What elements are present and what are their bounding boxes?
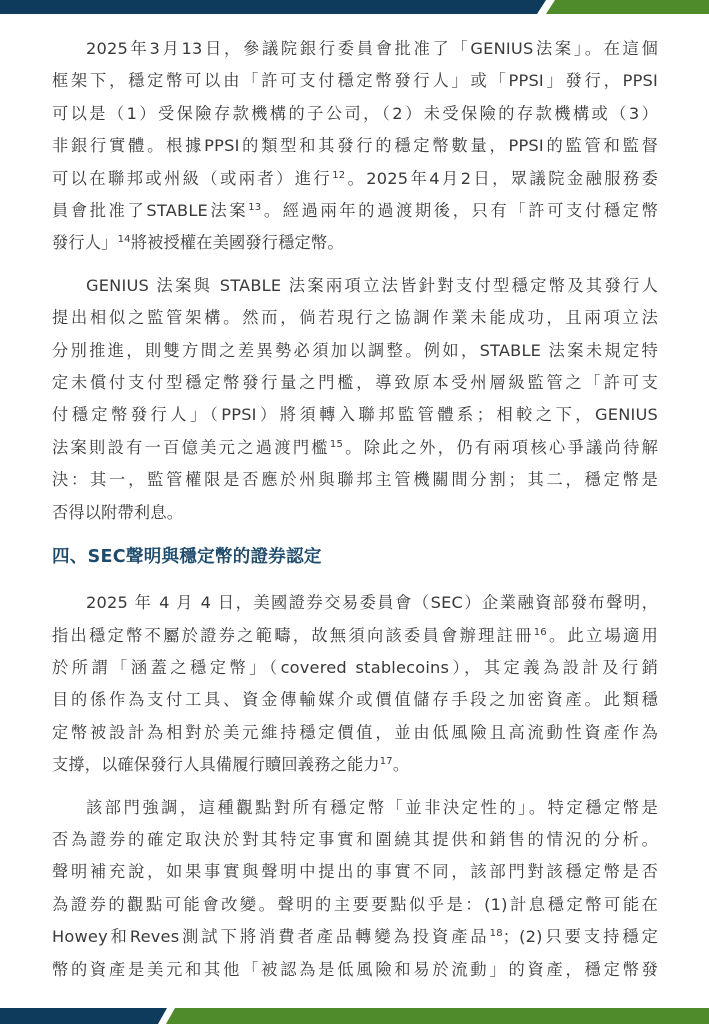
text-line: GENIUS 法案與 STABLE 法案兩項立法皆針對支付型穩定幣及其發行人	[52, 270, 658, 302]
paragraph-regulatory-comparison: GENIUS 法案與 STABLE 法案兩項立法皆針對支付型穩定幣及其發行人 提…	[52, 270, 658, 529]
document-body: 2025年3月13日，參議院銀行委員會批准了「GENIUS法案」。在這個 框架下…	[52, 33, 658, 996]
section-heading: 四、SEC聲明與穩定幣的證券認定	[52, 543, 658, 571]
text-line: 發行人」14將被授權在美國發行穩定幣。	[52, 227, 658, 259]
text-line: 幣的資產是美元和其他「被認為是低風險和易於流動」的資產，穩定幣發	[52, 954, 658, 986]
footnote-ref[interactable]: 16	[534, 627, 547, 638]
text-line: 框架下，穩定幣可以由「許可支付穩定幣發行人」或「PPSI」發行，PPSI	[52, 65, 658, 97]
text-line: 員會批准了STABLE法案13。經過兩年的過渡期後，只有「許可支付穩定幣	[52, 195, 658, 227]
text-line: 可以是（1）受保險存款機構的子公司，（2）未受保險的存款機構或（3）	[52, 98, 658, 130]
footnote-ref[interactable]: 17	[380, 756, 393, 767]
text-line: 定未償付支付型穩定幣發行量之門檻，導致原本受州層級監管之「許可支	[52, 367, 658, 399]
text-line: 決：其一，監管權限是否應於州與聯邦主管機關間分割；其二，穩定幣是	[52, 464, 658, 496]
footnote-ref[interactable]: 14	[118, 234, 131, 245]
text-line: 聲明補充說，如果事實與聲明中提出的事實不同，該部門對該穩定幣是否	[52, 856, 658, 888]
paragraph-sec-statement: 2025 年 4 月 4 日，美國證券交易委員會（SEC）企業融資部發布聲明， …	[52, 587, 658, 781]
text-line: 法案則設有一百億美元之過渡門檻15。除此之外，仍有兩項核心爭議尚待解	[52, 432, 658, 464]
text-line: 提出相似之監管架構。然而，倘若現行之協調作業未能成功，且兩項立法	[52, 302, 658, 334]
paragraph-genius-stable-intro: 2025年3月13日，參議院銀行委員會批准了「GENIUS法案」。在這個 框架下…	[52, 33, 658, 260]
header-decorative-bar	[0, 0, 709, 14]
footnote-ref[interactable]: 18	[490, 928, 503, 939]
text-line: 於所謂「涵蓋之穩定幣」（covered stablecoins），其定義為設計及…	[52, 652, 658, 684]
text-line: 目的係作為支付工具、資金傳輸媒介或價值儲存手段之加密資產。此類穩	[52, 684, 658, 716]
paragraph-sec-emphasis: 該部門強調，這種觀點對所有穩定幣「並非決定性的」。特定穩定幣是 否為證券的確定取…	[52, 792, 658, 986]
text-line: 否得以附帶利息。	[52, 497, 658, 529]
text-line: 為證券的觀點可能會改變。聲明的主要要點似乎是：(1)計息穩定幣可能在	[52, 889, 658, 921]
footer-decorative-bar	[0, 1008, 709, 1024]
text-line: 非銀行實體。根據PPSI的類型和其發行的穩定幣數量，PPSI的監管和監督	[52, 130, 658, 162]
text-line: 指出穩定幣不屬於證券之範疇，故無須向該委員會辦理註冊16。此立場適用	[52, 620, 658, 652]
text-line: 支撐，以確保發行人具備履行贖回義務之能力17。	[52, 749, 658, 781]
footnote-ref[interactable]: 15	[330, 439, 343, 450]
text-line: 2025年3月13日，參議院銀行委員會批准了「GENIUS法案」。在這個	[52, 33, 658, 65]
text-line: 定幣被設計為相對於美元維持穩定價值，並由低風險且高流動性資產作為	[52, 717, 658, 749]
text-line: 分別推進，則雙方間之差異勢必須加以調整。例如，STABLE 法案未規定特	[52, 335, 658, 367]
text-line: 可以在聯邦或州級（或兩者）進行12。2025年4月2日，眾議院金融服務委	[52, 163, 658, 195]
text-line: 該部門強調，這種觀點對所有穩定幣「並非決定性的」。特定穩定幣是	[52, 792, 658, 824]
footnote-ref[interactable]: 12	[332, 170, 345, 181]
footnote-ref[interactable]: 13	[248, 202, 261, 213]
text-line: Howey和Reves測試下將消費者產品轉變為投資產品18；(2)只要支持穩定	[52, 921, 658, 953]
text-line: 否為證券的確定取決於對其特定事實和圍繞其提供和銷售的情況的分析。	[52, 824, 658, 856]
text-line: 2025 年 4 月 4 日，美國證券交易委員會（SEC）企業融資部發布聲明，	[52, 587, 658, 619]
text-line: 付穩定幣發行人」（PPSI）將須轉入聯邦監管體系；相較之下，GENIUS	[52, 399, 658, 431]
